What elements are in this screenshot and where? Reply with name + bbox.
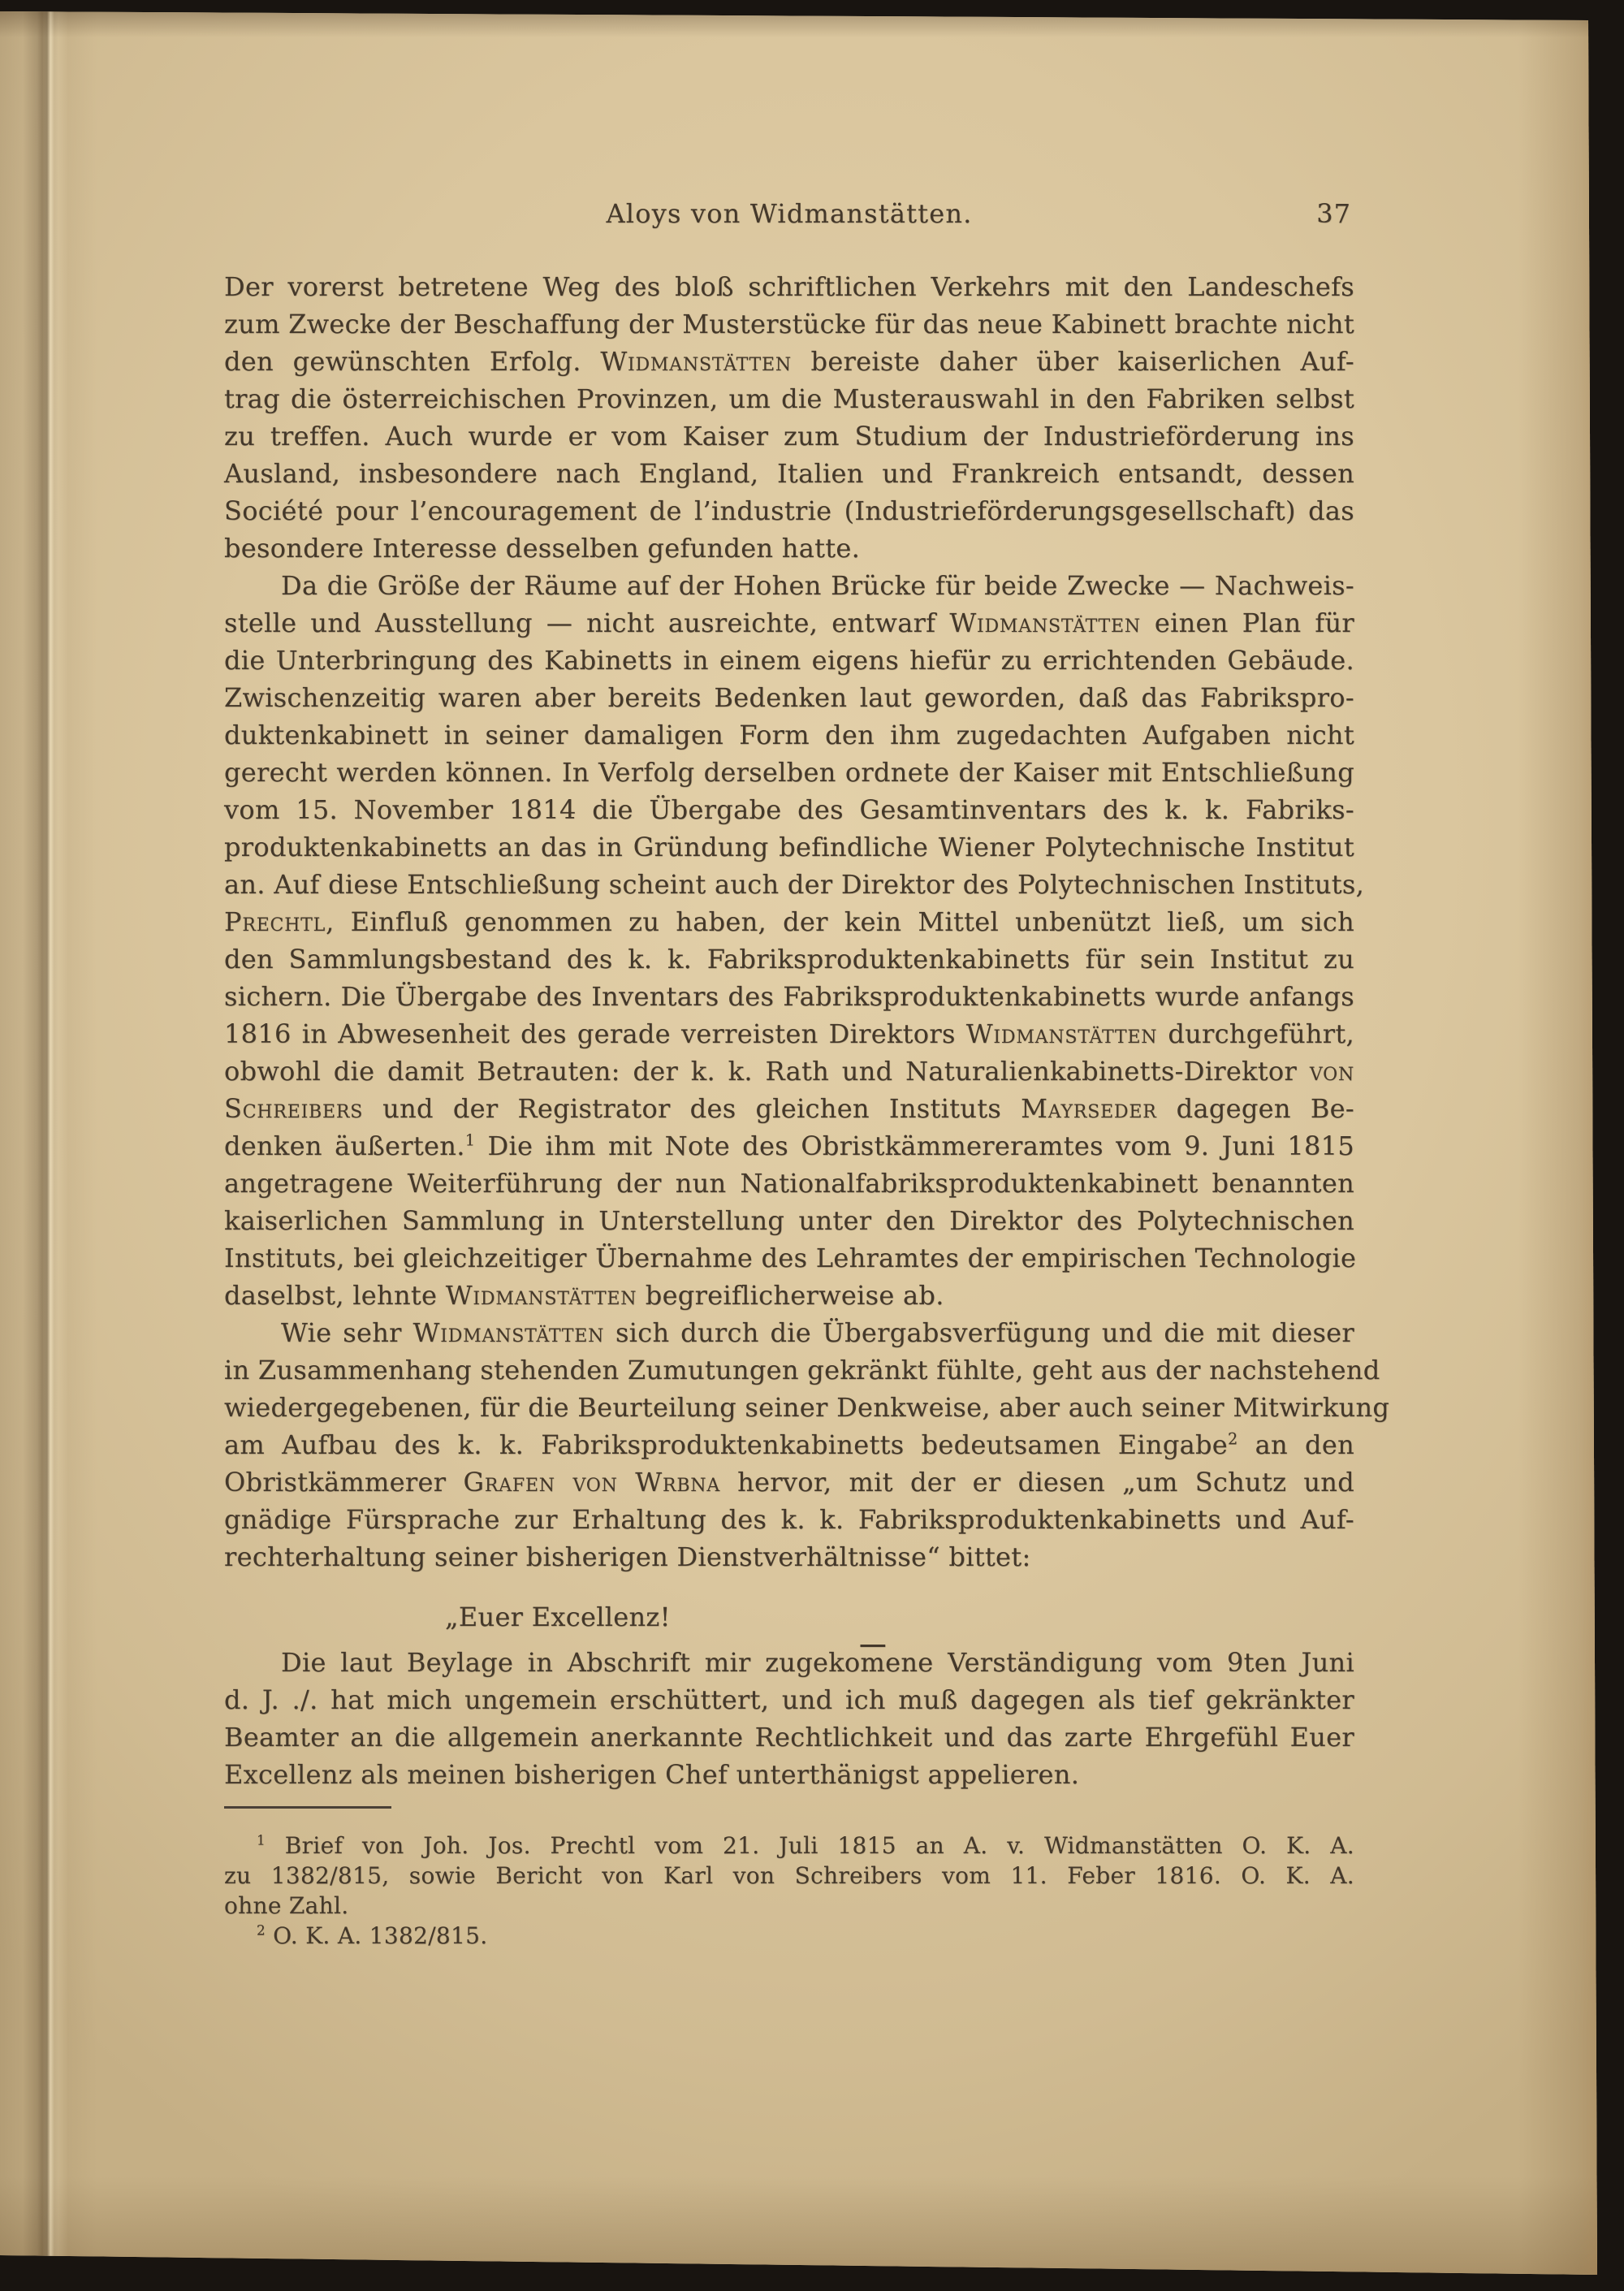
text-segment: zum Zwecke der Beschaffung der Musterstü…: [224, 309, 1354, 339]
text-segment: , Einfluß genommen zu haben, der kein Mi…: [326, 906, 1354, 937]
text-segment: gnädige Fürsprache zur Erhaltung des k. …: [224, 1504, 1354, 1535]
text-segment: begreiflicherweise ab.: [637, 1280, 944, 1311]
text-line: daselbst, lehnte Widmanstätten begreifli…: [224, 1277, 1354, 1314]
smallcaps-name: Widmanstätten: [446, 1280, 637, 1311]
text-line: ohne Zahl.: [224, 1891, 1354, 1921]
smallcaps-name: Grafen von Wrbna: [463, 1467, 720, 1498]
text-segment: d. J. ./. hat mich ungemein erschüttert,…: [224, 1684, 1354, 1715]
text-segment: Excellenz als meinen bisherigen Chef unt…: [224, 1759, 1079, 1790]
text-line: 1816 in Abwesenheit des gerade verreiste…: [224, 1015, 1354, 1053]
text-line: Obristkämmerer Grafen von Wrbna hervor, …: [224, 1463, 1354, 1501]
text-segment: Brief von Joh. Jos. Prechtl vom 21. Juli…: [266, 1832, 1354, 1859]
text-segment: Die laut Beylage in Abschrift mir zugeko: [281, 1647, 861, 1678]
text-line: 1 Brief von Joh. Jos. Prechtl vom 21. Ju…: [224, 1831, 1354, 1861]
text-segment: besondere Interesse desselben gefunden h…: [224, 533, 860, 564]
text-segment: angetragene Weiterführung der nun Nation…: [224, 1168, 1354, 1199]
text-segment: Ausland, insbesondere nach England, Ital…: [224, 458, 1354, 489]
text-segment: ene Verständigung vom 9ten Juni: [885, 1647, 1354, 1678]
text-line: duktenkabinett in seiner damaligen Form …: [224, 716, 1354, 754]
text-line: Instituts, bei gleichzeitiger Übernahme …: [224, 1239, 1354, 1277]
text-line: gerecht werden können. In Verfolg dersel…: [224, 754, 1354, 791]
text-segment: und der Registrator des gleichen Institu…: [363, 1093, 1021, 1124]
footnote-rule: [224, 1806, 391, 1809]
footnote-marker: 2: [1228, 1429, 1238, 1448]
scanner-background: Aloys von Widmanstätten. 37 Der vorerst …: [0, 0, 1624, 2291]
text-line: zu 1382/815, sowie Bericht von Karl von …: [224, 1861, 1354, 1891]
text-segment: Wie sehr: [281, 1317, 413, 1348]
text-segment: wiedergegebenen, für die Beurteilung sei…: [224, 1392, 1389, 1423]
text-line: Wie sehr Widmanstätten sich durch die Üb…: [224, 1314, 1354, 1351]
text-segment: trag die österreichischen Provinzen, um …: [224, 383, 1354, 414]
running-header: Aloys von Widmanstätten. 37: [224, 195, 1354, 232]
text-line: Schreibers und der Registrator des gleic…: [224, 1090, 1354, 1127]
text-line: rechterhaltung seiner bisherigen Dienstv…: [224, 1538, 1354, 1576]
text-segment: am Aufbau des k. k. Fabriksproduktenkabi…: [224, 1429, 1228, 1460]
text-segment: sichern. Die Übergabe des Inventars des …: [224, 981, 1354, 1012]
text-segment: den Sammlungsbestand des k. k. Fabrikspr…: [224, 944, 1354, 975]
text-line: den gewünschten Erfolg. Widmanstätten be…: [224, 343, 1354, 380]
text-line: kaiserlichen Sammlung in Unterstellung u…: [224, 1202, 1354, 1239]
text-line: in Zusammenhang stehenden Zumutungen gek…: [224, 1351, 1354, 1389]
smallcaps-name: Prechtl: [224, 906, 326, 937]
page-body: Der vorerst betretene Weg des bloß schri…: [224, 268, 1354, 1793]
page-number: 37: [1316, 195, 1351, 232]
footnote-marker: 1: [465, 1130, 476, 1149]
text-segment: zu treffen. Auch wurde er vom Kaiser zum…: [224, 421, 1354, 452]
footnote-marker: 2: [257, 1922, 266, 1939]
text-segment: durchgeführt,: [1157, 1018, 1354, 1049]
text-line: den Sammlungsbestand des k. k. Fabrikspr…: [224, 940, 1354, 978]
text-segment: kaiserlichen Sammlung in Unterstellung u…: [224, 1205, 1354, 1236]
page-title: Aloys von Widmanstätten.: [224, 195, 1354, 232]
smallcaps-name: Schreibers: [224, 1093, 363, 1124]
text-segment: einen Plan für: [1141, 607, 1354, 638]
text-segment: gerecht werden können. In Verfolg dersel…: [224, 757, 1354, 788]
text-line: stelle und Ausstellung — nicht ausreicht…: [224, 604, 1354, 642]
text-line: die Unterbringung des Kabinetts in einem…: [224, 642, 1354, 679]
text-line: zum Zwecke der Beschaffung der Musterstü…: [224, 305, 1354, 343]
page-text-block: Aloys von Widmanstätten. 37 Der vorerst …: [224, 195, 1354, 1951]
text-segment: Obristkämmerer: [224, 1467, 463, 1498]
text-line: denken äußerten.1 Die ihm mit Note des O…: [224, 1127, 1354, 1165]
text-segment: Société pour l’encouragement de l’indust…: [224, 495, 1354, 526]
text-line: Da die Größe der Räume auf der Hohen Brü…: [224, 567, 1354, 604]
text-segment: in Zusammenhang stehenden Zumutungen gek…: [224, 1355, 1380, 1385]
text-segment: Der vorerst betretene Weg des bloß schri…: [224, 271, 1354, 302]
text-segment: obwohl die damit Betrauten: der k. k. Ra…: [224, 1056, 1310, 1087]
book-page: Aloys von Widmanstätten. 37 Der vorerst …: [0, 0, 1600, 2284]
text-line: Excellenz als meinen bisherigen Chef unt…: [224, 1756, 1354, 1793]
text-segment: Beamter an die allgemein anerkannte Rech…: [224, 1722, 1354, 1753]
text-segment: Zwischenzeitig waren aber bereits Bedenk…: [224, 682, 1354, 713]
text-line: trag die österreichischen Provinzen, um …: [224, 380, 1354, 417]
text-line: Zwischenzeitig waren aber bereits Bedenk…: [224, 679, 1354, 716]
text-line: angetragene Weiterführung der nun Nation…: [224, 1165, 1354, 1202]
text-segment: „Euer Excellenz!: [445, 1602, 671, 1632]
text-line: produktenkabinetts an das in Gründung be…: [224, 828, 1354, 866]
text-line: sichern. Die Übergabe des Inventars des …: [224, 978, 1354, 1015]
text-segment: produktenkabinetts an das in Gründung be…: [224, 832, 1354, 862]
text-segment: O. K. A. 1382/815.: [266, 1922, 488, 1949]
text-segment: die Unterbringung des Kabinetts in einem…: [224, 645, 1354, 676]
text-segment: duktenkabinett in seiner damaligen Form …: [224, 720, 1354, 750]
text-segment: stelle und Ausstellung — nicht ausreicht…: [224, 607, 949, 638]
text-segment: Die ihm mit Note des Obristkämmereramtes…: [475, 1130, 1354, 1161]
text-line: d. J. ./. hat mich ungemein erschüttert,…: [224, 1681, 1354, 1718]
text-segment: Instituts, bei gleichzeitiger Übernahme …: [224, 1243, 1356, 1273]
text-segment: an. Auf diese Entschließung scheint auch…: [224, 869, 1364, 900]
text-line: wiedergegebenen, für die Beurteilung sei…: [224, 1389, 1354, 1426]
text-line: zu treffen. Auch wurde er vom Kaiser zum…: [224, 417, 1354, 455]
text-line: Société pour l’encouragement de l’indust…: [224, 492, 1354, 530]
text-segment: Da die Größe der Räume auf der Hohen Brü…: [281, 570, 1354, 601]
text-segment: zu 1382/815, sowie Bericht von Karl von …: [224, 1862, 1354, 1889]
text-segment: rechterhaltung seiner bisherigen Dienstv…: [224, 1541, 1031, 1572]
text-line: Prechtl, Einfluß genommen zu haben, der …: [224, 903, 1354, 940]
text-segment: den gewünschten Erfolg.: [224, 346, 600, 377]
text-line: am Aufbau des k. k. Fabriksproduktenkabi…: [224, 1426, 1354, 1463]
footnote-marker: 1: [257, 1832, 266, 1848]
text-line: Der vorerst betretene Weg des bloß schri…: [224, 268, 1354, 305]
text-line: 2 O. K. A. 1382/815.: [224, 1921, 1354, 1951]
text-segment: an den: [1238, 1429, 1354, 1460]
page-crease: [37, 11, 58, 2258]
smallcaps-name: Widmanstätten: [966, 1018, 1158, 1049]
smallcaps-name: Mayrseder: [1021, 1093, 1156, 1124]
smallcaps-name: Widmanstätten: [413, 1317, 605, 1348]
smallcaps-name: Widmanstätten: [949, 607, 1141, 638]
smallcaps-name: Widmanstätten: [600, 346, 792, 377]
text-line: obwohl die damit Betrauten: der k. k. Ra…: [224, 1053, 1354, 1090]
text-segment: dagegen Be-: [1157, 1093, 1354, 1124]
text-segment: bereiste daher über kaiserlichen Auf-: [792, 346, 1354, 377]
text-line: vom 15. November 1814 die Übergabe des G…: [224, 791, 1354, 828]
text-line: Die laut Beylage in Abschrift mir zugeko…: [224, 1644, 1354, 1681]
text-segment: ohne Zahl.: [224, 1892, 348, 1919]
text-segment: 1816 in Abwesenheit des gerade verreiste…: [224, 1018, 966, 1049]
text-segment: m: [861, 1647, 886, 1678]
quote-greeting: „Euer Excellenz!: [224, 1598, 1354, 1636]
text-segment: denken äußerten.: [224, 1130, 465, 1161]
text-line: gnädige Fürsprache zur Erhaltung des k. …: [224, 1501, 1354, 1538]
text-segment: daselbst, lehnte: [224, 1280, 446, 1311]
text-line: besondere Interesse desselben gefunden h…: [224, 530, 1354, 567]
text-segment: sich durch die Übergabsverfügung und die…: [604, 1317, 1354, 1348]
text-line: an. Auf diese Entschließung scheint auch…: [224, 866, 1354, 903]
text-segment: vom 15. November 1814 die Übergabe des G…: [224, 794, 1354, 825]
text-line: Ausland, insbesondere nach England, Ital…: [224, 455, 1354, 492]
text-segment: hervor, mit der er diesen „um Schutz und: [720, 1467, 1354, 1498]
text-line: Beamter an die allgemein anerkannte Rech…: [224, 1718, 1354, 1756]
smallcaps-name: von: [1310, 1056, 1354, 1087]
footnotes: 1 Brief von Joh. Jos. Prechtl vom 21. Ju…: [224, 1831, 1354, 1951]
